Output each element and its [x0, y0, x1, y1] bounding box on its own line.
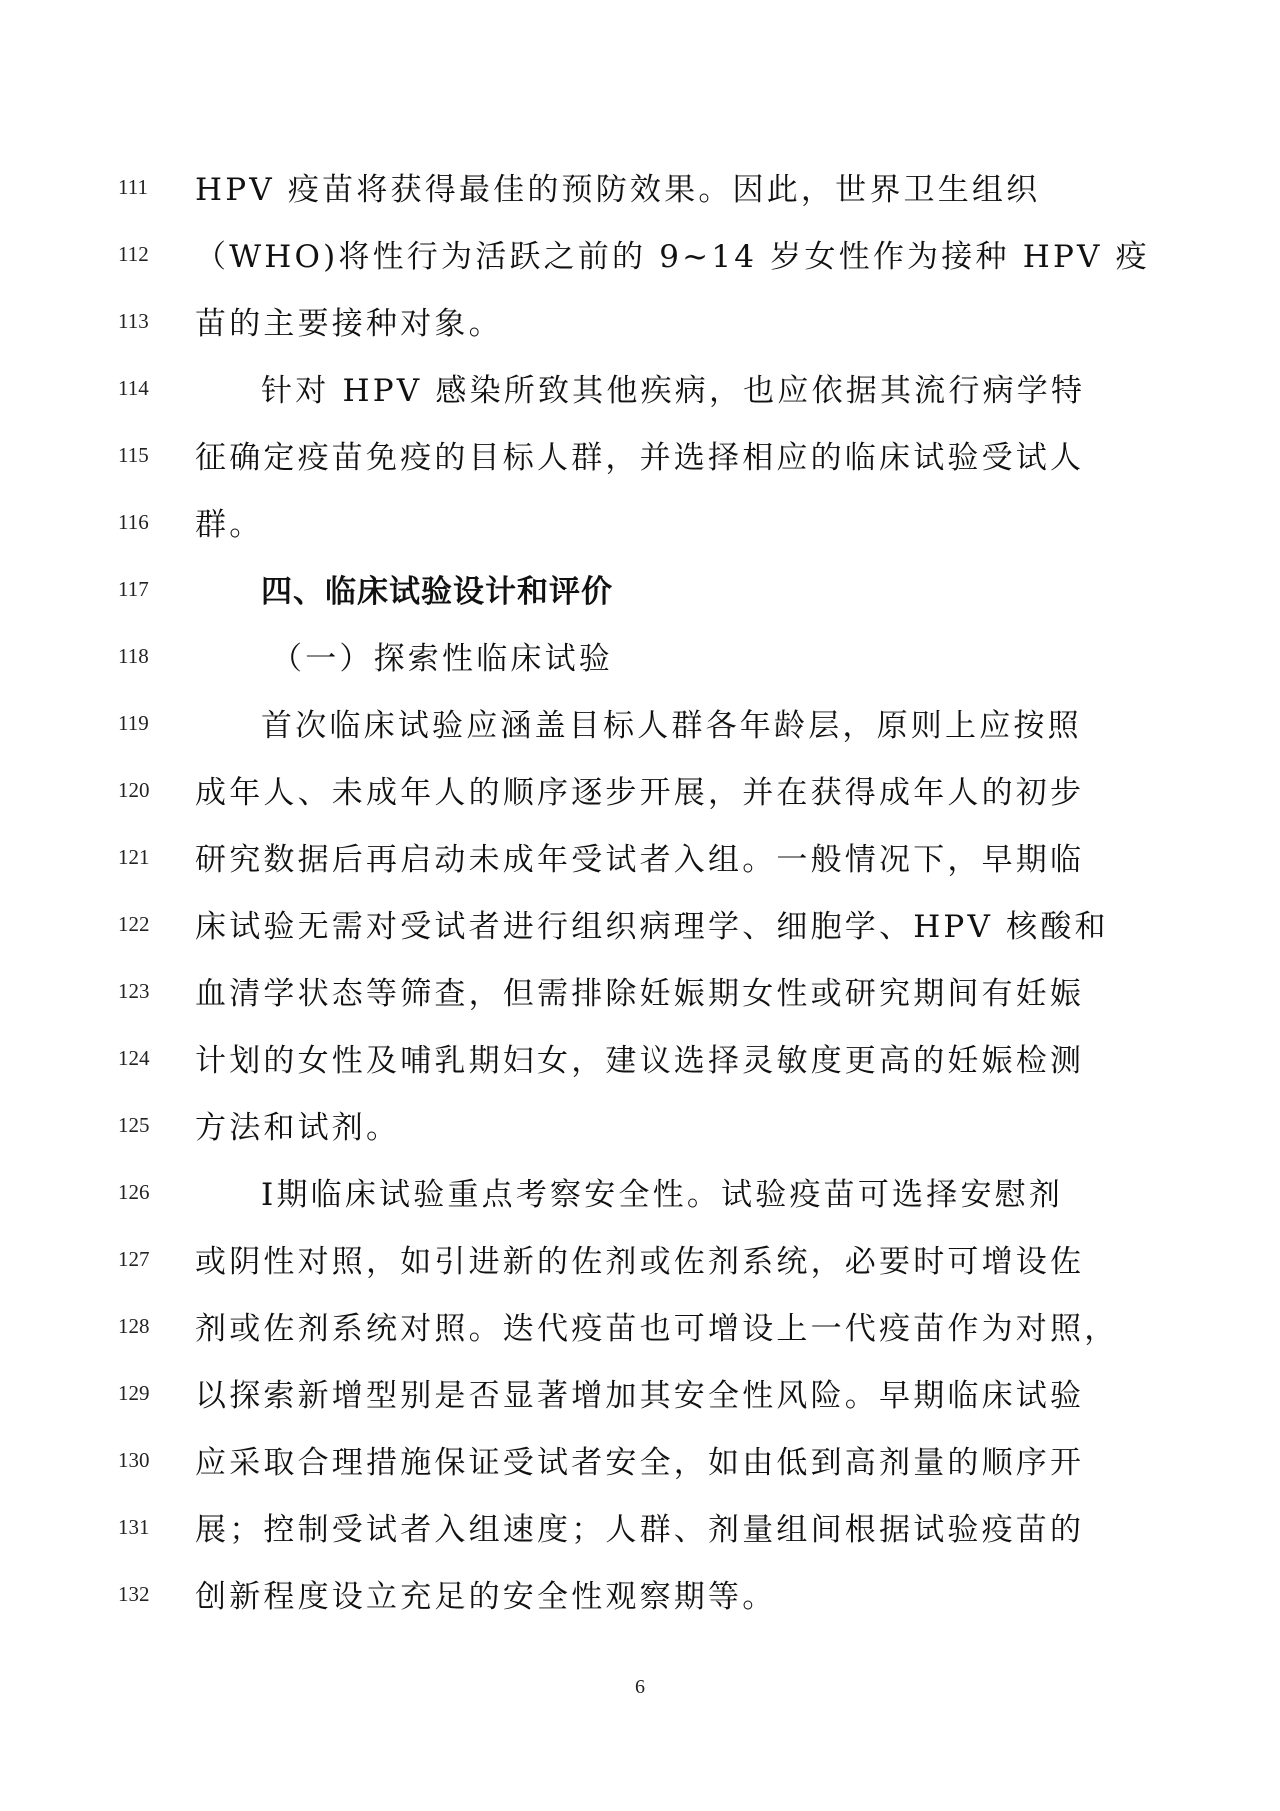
line-127: 127 或阴性对照，如引进新的佐剂或佐剂系统，必要时可增设佐	[0, 1229, 1280, 1296]
line-number: 124	[118, 1046, 162, 1071]
line-132: 132 创新程度设立充足的安全性观察期等。	[0, 1564, 1280, 1631]
line-number: 113	[118, 309, 162, 334]
line-number: 126	[118, 1180, 162, 1205]
line-number: 121	[118, 845, 162, 870]
line-number: 132	[118, 1582, 162, 1607]
body-text: 群。	[195, 492, 1100, 559]
line-number: 120	[118, 778, 162, 803]
line-126: 126 Ⅰ期临床试验重点考察安全性。试验疫苗可选择安慰剂	[0, 1162, 1280, 1229]
line-number: 128	[118, 1314, 162, 1339]
body-text: 苗的主要接种对象。	[195, 291, 1100, 358]
line-number: 130	[118, 1448, 162, 1473]
line-number: 115	[118, 443, 162, 468]
line-number: 123	[118, 979, 162, 1004]
body-text: 首次临床试验应涵盖目标人群各年龄层，原则上应按照	[195, 693, 1100, 760]
line-number: 118	[118, 644, 162, 669]
body-text: （WHO)将性行为活跃之前的 9~14 岁女性作为接种 HPV 疫	[195, 224, 1100, 291]
line-number: 112	[118, 242, 162, 267]
line-number: 122	[118, 912, 162, 937]
line-number: 116	[118, 510, 162, 535]
line-112: 112 （WHO)将性行为活跃之前的 9~14 岁女性作为接种 HPV 疫	[0, 224, 1280, 291]
body-text: 方法和试剂。	[195, 1095, 1100, 1162]
body-text: 征确定疫苗免疫的目标人群，并选择相应的临床试验受试人	[195, 425, 1100, 492]
line-118: 118 （一）探索性临床试验	[0, 626, 1280, 693]
line-number: 131	[118, 1515, 162, 1540]
line-128: 128 剂或佐剂系统对照。迭代疫苗也可增设上一代疫苗作为对照，	[0, 1296, 1280, 1363]
body-text: 应采取合理措施保证受试者安全，如由低到高剂量的顺序开	[195, 1430, 1100, 1497]
body-text: 剂或佐剂系统对照。迭代疫苗也可增设上一代疫苗作为对照，	[195, 1296, 1100, 1363]
page-number: 6	[0, 1676, 1280, 1699]
body-text: Ⅰ期临床试验重点考察安全性。试验疫苗可选择安慰剂	[195, 1162, 1100, 1229]
body-text: 展；控制受试者入组速度；人群、剂量组间根据试验疫苗的	[195, 1497, 1100, 1564]
line-120: 120 成年人、未成年人的顺序逐步开展，并在获得成年人的初步	[0, 760, 1280, 827]
body-text: 针对 HPV 感染所致其他疾病，也应依据其流行病学特	[195, 358, 1100, 425]
line-number: 117	[118, 577, 162, 602]
line-113: 113 苗的主要接种对象。	[0, 291, 1280, 358]
line-130: 130 应采取合理措施保证受试者安全，如由低到高剂量的顺序开	[0, 1430, 1280, 1497]
body-text: 成年人、未成年人的顺序逐步开展，并在获得成年人的初步	[195, 760, 1100, 827]
body-text: 创新程度设立充足的安全性观察期等。	[195, 1564, 1100, 1631]
body-text: 以探索新增型别是否显著增加其安全性风险。早期临床试验	[195, 1363, 1100, 1430]
line-number: 127	[118, 1247, 162, 1272]
line-129: 129 以探索新增型别是否显著增加其安全性风险。早期临床试验	[0, 1363, 1280, 1430]
line-number: 111	[118, 175, 162, 200]
line-number: 114	[118, 376, 162, 401]
section-heading: 四、临床试验设计和评价	[195, 559, 1100, 626]
line-131: 131 展；控制受试者入组速度；人群、剂量组间根据试验疫苗的	[0, 1497, 1280, 1564]
subsection-heading: （一）探索性临床试验	[195, 626, 1100, 693]
body-text: 计划的女性及哺乳期妇女，建议选择灵敏度更高的妊娠检测	[195, 1028, 1100, 1095]
line-124: 124 计划的女性及哺乳期妇女，建议选择灵敏度更高的妊娠检测	[0, 1028, 1280, 1095]
body-text: HPV 疫苗将获得最佳的预防效果。因此，世界卫生组织	[195, 157, 1100, 224]
line-125: 125 方法和试剂。	[0, 1095, 1280, 1162]
body-text: 或阴性对照，如引进新的佐剂或佐剂系统，必要时可增设佐	[195, 1229, 1100, 1296]
line-117: 117 四、临床试验设计和评价	[0, 559, 1280, 626]
line-122: 122 床试验无需对受试者进行组织病理学、细胞学、HPV 核酸和	[0, 894, 1280, 961]
body-text: 血清学状态等筛查，但需排除妊娠期女性或研究期间有妊娠	[195, 961, 1100, 1028]
body-text: 研究数据后再启动未成年受试者入组。一般情况下，早期临	[195, 827, 1100, 894]
line-119: 119 首次临床试验应涵盖目标人群各年龄层，原则上应按照	[0, 693, 1280, 760]
document-page: 111 HPV 疫苗将获得最佳的预防效果。因此，世界卫生组织 112 （WHO)…	[0, 0, 1280, 1811]
line-115: 115 征确定疫苗免疫的目标人群，并选择相应的临床试验受试人	[0, 425, 1280, 492]
line-111: 111 HPV 疫苗将获得最佳的预防效果。因此，世界卫生组织	[0, 157, 1280, 224]
line-114: 114 针对 HPV 感染所致其他疾病，也应依据其流行病学特	[0, 358, 1280, 425]
line-number: 125	[118, 1113, 162, 1138]
line-number: 119	[118, 711, 162, 736]
line-number: 129	[118, 1381, 162, 1406]
line-116: 116 群。	[0, 492, 1280, 559]
line-121: 121 研究数据后再启动未成年受试者入组。一般情况下，早期临	[0, 827, 1280, 894]
body-text: 床试验无需对受试者进行组织病理学、细胞学、HPV 核酸和	[195, 894, 1100, 961]
line-123: 123 血清学状态等筛查，但需排除妊娠期女性或研究期间有妊娠	[0, 961, 1280, 1028]
